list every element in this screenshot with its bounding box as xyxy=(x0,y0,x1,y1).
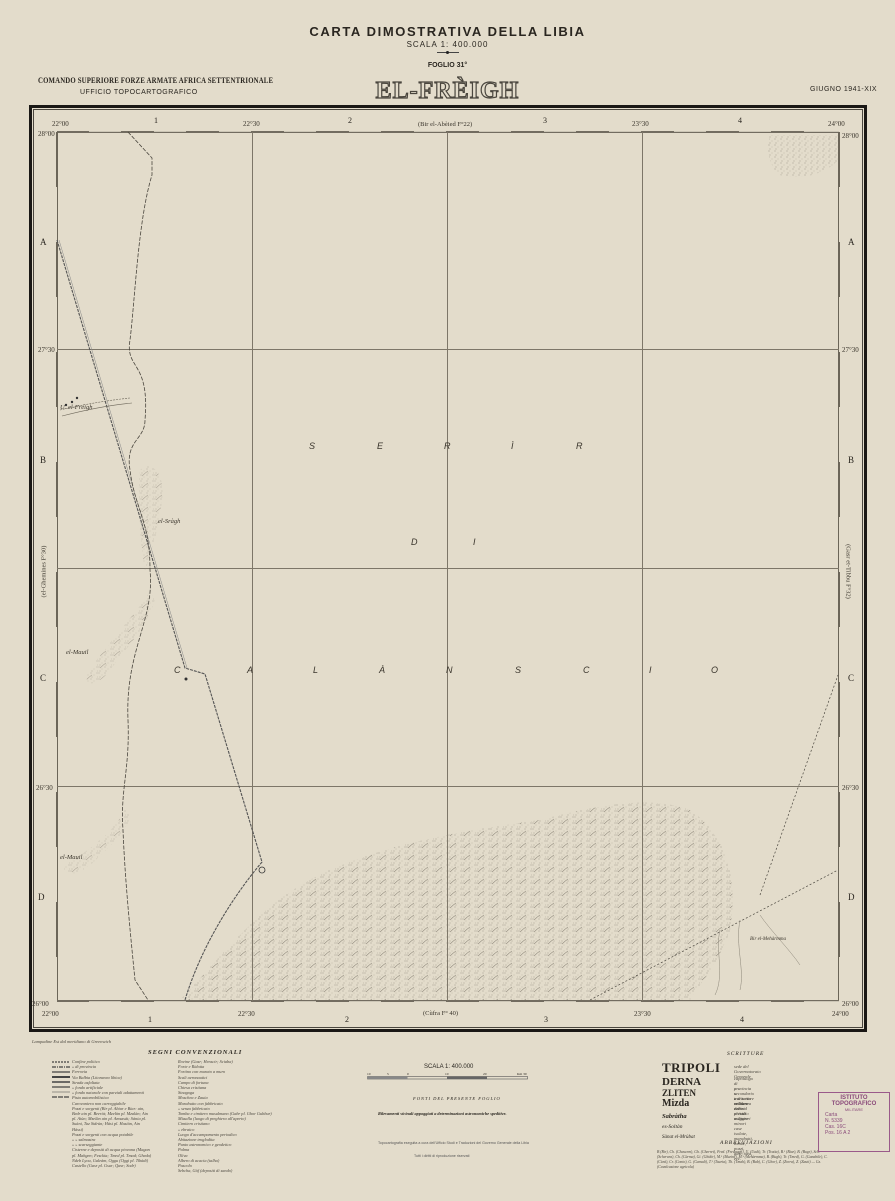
scritture-sample: Sànat el-Mrùbat xyxy=(662,1135,695,1140)
legend-item: Sebcha, Gàf (depositi di sando) xyxy=(178,1168,272,1173)
region-letter: N xyxy=(446,665,453,675)
legend-title: SEGNI CONVENZIONALI xyxy=(148,1049,242,1056)
stamp-line: ISTITUTO TOPOGRAFICO xyxy=(819,1095,889,1107)
region-letter: Ì xyxy=(511,441,514,451)
sources-title: FONTI DEL PRESENTE FOGLIO xyxy=(413,1096,501,1101)
place-label[interactable]: U. el-Fréigh xyxy=(60,404,93,411)
meridian-credit: Lampadine Est dal meridiano di Greenwich xyxy=(32,1039,111,1044)
scritture-row: Sànat el-Mrùbat case isolate, marabutti,… xyxy=(662,1125,720,1135)
region-letter: O xyxy=(711,665,718,675)
stamp-line: Pos. 16 A 2 xyxy=(819,1130,889,1136)
rights-note: Tutti i diritti di riproduzione riservat… xyxy=(414,1154,469,1158)
scritture-row: es-Soltàn » » minori xyxy=(662,1115,720,1125)
region-letter: D xyxy=(411,537,418,547)
place-label[interactable]: el-Sràgh xyxy=(158,518,180,525)
scritture-title: SCRITTURE xyxy=(727,1051,764,1057)
region-letter: C xyxy=(583,665,590,675)
place-label[interactable]: el-Mauil xyxy=(66,649,88,656)
abbreviations-text: B (Bir), Ch. (Chascem), Gh. (Gherret), F… xyxy=(657,1150,832,1170)
region-letter: S xyxy=(515,665,521,675)
region-letter: A xyxy=(247,665,253,675)
archive-stamp: ISTITUTO TOPOGRAFICO MILITARE Carta N. 5… xyxy=(818,1092,890,1152)
scritture-desc: » » minori xyxy=(734,1116,746,1126)
legend-item: Pozzi e sorgenti (Bir pl. Abiar e Biar: … xyxy=(72,1106,152,1132)
region-letter: R xyxy=(576,441,583,451)
legend-item: Cisterne e depositi di acqua piovana (Ma… xyxy=(72,1147,152,1157)
legend-left-symbols xyxy=(52,1060,60,1105)
sources-text: Rilevamenti vicinali appoggiati a determ… xyxy=(378,1111,507,1116)
region-letter: À xyxy=(379,665,385,675)
scritture-list: TRIPOLI sede del Governatorato Generale … xyxy=(662,1059,720,1135)
legend-item: Castello (Gasr pl. Gsur; Qasr; Sodr) xyxy=(72,1163,152,1168)
legend-right-list: Rovine (Gasr; Henscir; Sciaba) Forte e R… xyxy=(178,1059,272,1173)
scritture-row: TRIPOLI sede del Governatorato Generale xyxy=(662,1059,720,1072)
scritture-row: DERNA capoluogo di provincia o territori… xyxy=(662,1072,720,1083)
region-letter: I xyxy=(649,665,652,675)
scritture-row: Mizda » » residenza e di presidio milita… xyxy=(662,1093,720,1105)
place-label[interactable]: el-Mauil xyxy=(60,854,82,861)
region-letter: E xyxy=(377,441,383,451)
region-letter: C xyxy=(174,665,181,675)
scale-bar xyxy=(367,1076,529,1080)
region-letter: I xyxy=(473,537,476,547)
reproduction-note: Topocartografia eseguita a cura dell'Uff… xyxy=(378,1141,529,1145)
abbreviations-title: ABBREVIAZIONI xyxy=(720,1140,773,1146)
region-letter: R xyxy=(444,441,451,451)
map-features xyxy=(0,0,895,1201)
scritture-row: ZLITEN » » secondario e di settore milit… xyxy=(662,1083,720,1093)
scale-bar-title: SCALA 1: 400.000 xyxy=(424,1064,473,1070)
scritture-row: Sabràtha centri abitati maggiori xyxy=(662,1105,720,1115)
place-label[interactable]: Bir el-Mehàrmma xyxy=(750,937,786,942)
legend-left-list: Confine politico » di provincia Ferrovia… xyxy=(72,1059,152,1168)
region-letter: S xyxy=(309,441,315,451)
region-letter: L xyxy=(313,665,318,675)
